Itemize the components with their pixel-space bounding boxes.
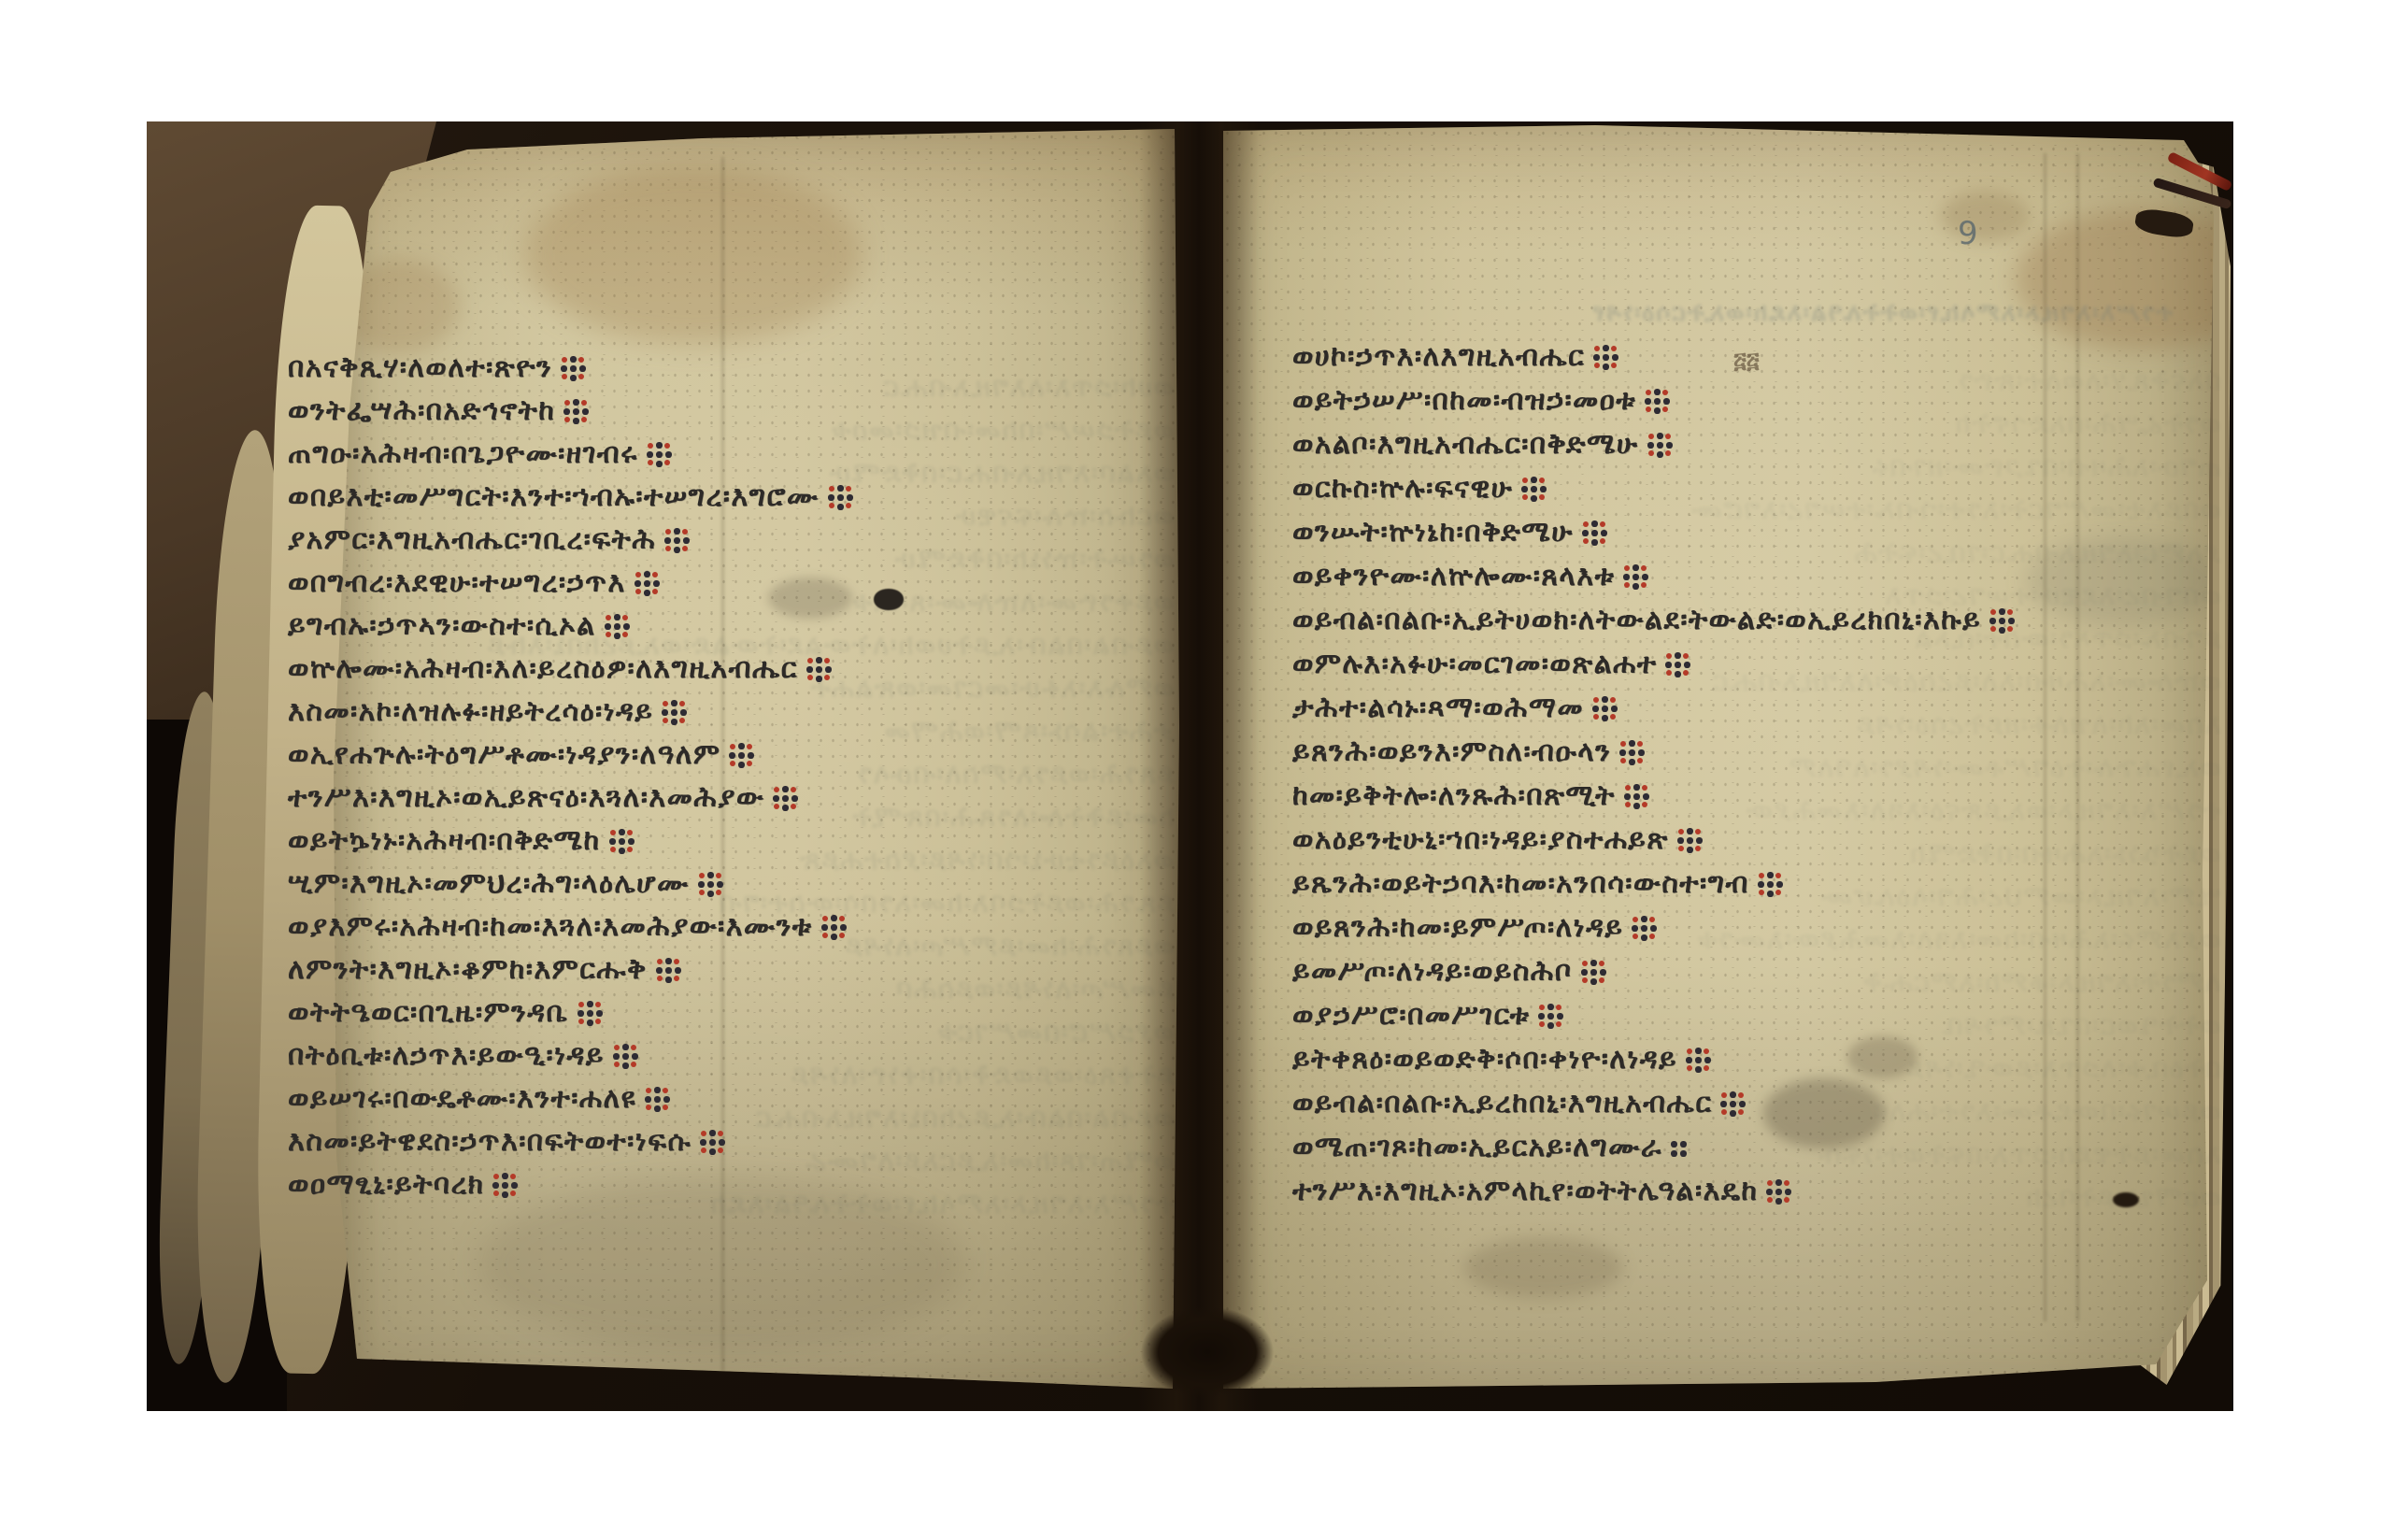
geez-text: ተንሥእ፡እግዚኦ፡ወኢይጽናዕ፡እጓለ፡እመሕያው (288, 781, 764, 814)
geez-text: ወይትኃሠሥ፡በከመ፡ብዝኃ፡መዐቱ (1292, 384, 1636, 417)
verse-separator-mark (698, 872, 723, 897)
geez-text: ወያእምሩ፡አሕዛብ፡ከመ፡እጓለ፡እመሕያው፡እሙንቱ (288, 910, 813, 943)
geez-text: ወሜጠ፡ገጾ፡ከመ፡ኢይርአይ፡ለግሙራ (1292, 1131, 1662, 1163)
verse-separator-mark (1582, 520, 1607, 546)
manuscript-line: ወንሡት፡ኵነኔከ፡በቅድሜሁ (1292, 510, 2015, 554)
verse-separator-mark (1581, 960, 1606, 985)
geez-text: ወዐማፂኒ፡ይትባረክ (288, 1168, 484, 1201)
geez-text: ተንሥእ፡እግዚኦ፡አምላኪየ፡ወትትሌዓል፡እዴከ (1292, 1175, 1758, 1207)
geez-text: ወይብል፡በልቡ፡ኢይረከበኒ፡እግዚአብሔር (1292, 1087, 1712, 1119)
verse-separator-mark (1624, 784, 1649, 809)
verse-separator-mark (656, 958, 681, 983)
manuscript-line: ይትቀጸዕ፡ወይወድቅ፡ሶበ፡ቀነዮ፡ለነዳይ (1292, 1037, 2015, 1081)
verse-separator-mark (700, 1130, 725, 1155)
manuscript-line: ወኢየሐጕሉ፡ትዕግሥቶሙ፡ነዳያን፡ለዓለም (288, 733, 853, 776)
scan-canvas: ወሀኮ፡ኃጥእ፡ለእግዚአብሔር ወይትኃሠሥ፡በከመ፡ብዝኃ፡መዐቱ ወአልቦ… (0, 0, 2381, 1540)
page-number-pencil: 9 (1958, 215, 1978, 252)
manuscript-line: ወትትዔወር፡በጊዜ፡ምንዳቤ (288, 991, 853, 1034)
verse-separator-mark (563, 399, 589, 424)
geez-text: ወይብል፡በልቡ፡ኢይትሀወክ፡ለትውልደ፡ትውልድ፡ወኢይረክበኒ፡እኩይ (1292, 604, 1981, 636)
manuscript-line: ወዐማፂኒ፡ይትባረክ (288, 1162, 853, 1205)
manuscript-line: እስመ፡አኮ፡ለዝሉፉ፡ዘይትረሳዕ፡ነዳይ (288, 690, 853, 733)
manuscript-line: ወይቀንዮሙ፡ለኵሎሙ፡ጸላእቱ (1292, 554, 2015, 598)
geez-text: ወይጸንሕ፡ከመ፡ይምሥጦ፡ለነዳይ (1292, 911, 1623, 944)
geez-text: ሢም፡እግዚኦ፡መምህረ፡ሕግ፡ላዕሌሆሙ (288, 867, 690, 900)
gutter-streak (1182, 121, 1210, 1411)
geez-text: ወኵሎሙ፡አሕዛብ፡እለ፡ይረስዕዎ፡ለእግዚአብሔር (288, 652, 798, 685)
geez-text: ይግብኡ፡ኃጥኣን፡ውስተ፡ሲኦል (288, 609, 596, 642)
manuscript-line: ጠግዑ፡አሕዛብ፡በጌጋዮሙ፡ዘገብሩ (288, 432, 853, 475)
verse-separator-mark (664, 528, 690, 553)
verse-separator-mark (773, 786, 798, 811)
manuscript-line: ተንሥእ፡እግዚኦ፡ወኢይጽናዕ፡እጓለ፡እመሕያው (288, 776, 853, 819)
manuscript-line: ወይብል፡በልቡ፡ኢይረከበኒ፡እግዚአብሔር (1292, 1081, 2015, 1125)
geez-text: ወሀኮ፡ኃጥእ፡ለእግዚአብሔር (1292, 340, 1585, 373)
verse-separator-mark (645, 1087, 670, 1112)
verse-separator-mark (828, 485, 853, 510)
geez-text: ወይቀንዮሙ፡ለኵሎሙ፡ጸላእቱ (1292, 560, 1615, 592)
manuscript-line: ወአዕይንቲሁኒ፡ኀበ፡ነዳይ፡ያስተሐይጽ (1292, 818, 2015, 862)
manuscript-line: ወርኩስ፡ኵሉ፡ፍናዊሁ (1292, 466, 2015, 510)
geez-text: ወይሠገሩ፡በውዴቶሙ፡እንተ፡ሐለዩ (288, 1082, 636, 1115)
manuscript-line: ወበይእቲ፡መሥግርት፡እንተ፡ኀብኡ፡ተሠግረ፡እግሮሙ (288, 475, 853, 518)
geez-text: ታሕተ፡ልሳኑ፡ጻማ፡ወሕማመ (1292, 692, 1584, 724)
verse-separator-mark (1720, 1091, 1746, 1117)
verse-separator-mark (1592, 696, 1618, 721)
verse-separator-mark (1766, 1179, 1791, 1205)
page-crease (2044, 153, 2046, 1321)
geez-text: ወኢየሐጕሉ፡ትዕግሥቶሙ፡ነዳያን፡ለዓለም (288, 738, 720, 771)
verse-separator-mark (577, 1001, 603, 1026)
manuscript-line: ለምንት፡እግዚኦ፡ቆምከ፡እምርሑቅ (288, 948, 853, 991)
geez-text: ወበግብረ፡እደዊሁ፡ተሠግረ፡ኃጥእ (288, 566, 626, 599)
left-page-text-column: በአናቅጺሃ፡ለወለተ፡ጽዮንወንትፌሣሕ፡በአድኅኖትከጠግዑ፡አሕዛብ፡በጌ… (288, 346, 853, 1205)
verse-separator-mark (634, 571, 660, 596)
manuscript-line: ወሜጠ፡ገጾ፡ከመ፡ኢይርአይ፡ለግሙራ (1292, 1125, 2015, 1169)
geez-text: ወትትዔወር፡በጊዜ፡ምንዳቤ (288, 996, 569, 1029)
geez-text: ወያኃሥሮ፡በመሥገርቱ (1292, 999, 1530, 1032)
geez-text: ወርኩስ፡ኵሉ፡ፍናዊሁ (1292, 472, 1513, 505)
geez-text: ከመ፡ይቅትሎ፡ለንጹሕ፡በጽሚት (1292, 779, 1616, 812)
manuscript-line: ይመሥጦ፡ለነዳይ፡ወይስሕቦ (1292, 949, 2015, 993)
stain (2016, 209, 2233, 349)
manuscript-line: ወበግብረ፡እደዊሁ፡ተሠግረ፡ኃጥእ (288, 561, 853, 604)
verse-separator-mark (492, 1173, 518, 1198)
verse-separator-mark (613, 1044, 638, 1069)
verse-separator-mark (605, 614, 630, 639)
verse-separator-mark (1538, 1004, 1563, 1029)
manuscript-line: ወኵሎሙ፡አሕዛብ፡እለ፡ይረስዕዎ፡ለእግዚአብሔር (288, 647, 853, 690)
geez-text: ይትቀጸዕ፡ወይወድቅ፡ሶበ፡ቀነዮ፡ለነዳይ (1292, 1043, 1677, 1076)
manuscript-line: ወንትፌሣሕ፡በአድኅኖትከ (288, 389, 853, 432)
geez-text: ወምሉእ፡አፉሁ፡መርገመ፡ወጽልሐተ (1292, 648, 1657, 680)
geez-text: እስመ፡አኮ፡ለዝሉፉ፡ዘይትረሳዕ፡ነዳይ (288, 695, 653, 728)
verse-separator-mark (662, 700, 687, 725)
verse-separator-mark (609, 829, 634, 854)
verse-separator-mark (1677, 828, 1703, 853)
manuscript-line: ወአልቦ፡እግዚአብሔር፡በቅድሜሁ (1292, 422, 2015, 466)
manuscript-line: ይጸንሕ፡ወይንእ፡ምስለ፡ብዑላን (1292, 730, 2015, 774)
geez-text: ይመሥጦ፡ለነዳይ፡ወይስሕቦ (1292, 955, 1573, 988)
geez-text: እስመ፡ይትዌደስ፡ኃጥእ፡በፍትወተ፡ነፍሱ (288, 1125, 691, 1158)
stain (525, 166, 862, 344)
manuscript-line: ወያእምሩ፡አሕዛብ፡ከመ፡እጓለ፡እመሕያው፡እሙንቱ (288, 905, 853, 948)
verse-separator-mark (647, 442, 672, 467)
manuscript-line: ሢም፡እግዚኦ፡መምህረ፡ሕግ፡ላዕሌሆሙ (288, 862, 853, 905)
stain (1464, 1237, 1623, 1298)
geez-text: ወአዕይንቲሁኒ፡ኀበ፡ነዳይ፡ያስተሐይጽ (1292, 823, 1669, 856)
manuscript-line: ወያኃሥሮ፡በመሥገርቱ (1292, 993, 2015, 1037)
geez-text: ጠግዑ፡አሕዛብ፡በጌጋዮሙ፡ዘገብሩ (288, 437, 638, 470)
manuscript-line: ከመ፡ይቅትሎ፡ለንጹሕ፡በጽሚት (1292, 774, 2015, 818)
verse-separator-mark (1665, 652, 1690, 677)
verse-separator-mark (821, 915, 847, 940)
geez-text: በትዕቢቱ፡ለኃጥእ፡ይውዒ፡ነዳይ (288, 1039, 605, 1072)
full-stop-mark (1668, 1136, 1689, 1159)
verse-separator-mark (806, 657, 832, 682)
manuscript-line: እስመ፡ይትዌደስ፡ኃጥእ፡በፍትወተ፡ነፍሱ (288, 1119, 853, 1162)
worm-hole (2113, 1192, 2139, 1207)
right-page-text-column: ወሀኮ፡ኃጥእ፡ለእግዚአብሔርወይትኃሠሥ፡በከመ፡ብዝኃ፡መዐቱወአልቦ፡እ… (1292, 335, 2015, 1213)
manuscript-line: በትዕቢቱ፡ለኃጥእ፡ይውዒ፡ነዳይ (288, 1034, 853, 1077)
manuscript-line: ታሕተ፡ልሳኑ፡ጻማ፡ወሕማመ (1292, 686, 2015, 730)
manuscript-line: ያአምር፡እግዚአብሔር፡ገቢረ፡ፍትሕ (288, 518, 853, 561)
geez-text: ወይትኴነኑ፡አሕዛብ፡በቅድሜከ (288, 824, 601, 857)
geez-text: ያአምር፡እግዚአብሔር፡ገቢረ፡ፍትሕ (288, 523, 656, 556)
stain (1941, 191, 2030, 242)
geez-text: ወንሡት፡ኵነኔከ፡በቅድሜሁ (1292, 516, 1574, 549)
verse-separator-mark (1686, 1048, 1711, 1073)
verse-separator-mark (1632, 916, 1657, 941)
verse-separator-mark (1758, 872, 1783, 897)
manuscript-line: ወሀኮ፡ኃጥእ፡ለእግዚአብሔር (1292, 335, 2015, 378)
stain (2025, 536, 2221, 625)
verse-separator-mark (1989, 608, 2015, 634)
verse-separator-mark (1645, 389, 1670, 414)
gutter-bottom-shadow (1119, 1291, 1296, 1411)
manuscript-line: ወምሉእ፡አፉሁ፡መርገመ፡ወጽልሐተ (1292, 642, 2015, 686)
manuscript-photo: ወሀኮ፡ኃጥእ፡ለእግዚአብሔር ወይትኃሠሥ፡በከመ፡ብዝኃ፡መዐቱ ወአልቦ… (147, 121, 2233, 1411)
manuscript-line: ወይሠገሩ፡በውዴቶሙ፡እንተ፡ሐለዩ (288, 1077, 853, 1119)
geez-text: ይጼንሕ፡ወይትኃባእ፡ከመ፡አንበሳ፡ውስተ፡ግብ (1292, 867, 1749, 900)
verse-separator-mark (729, 743, 754, 768)
verse-separator-mark (561, 356, 586, 381)
manuscript-line: ተንሥእ፡እግዚኦ፡አምላኪየ፡ወትትሌዓል፡እዴከ (1292, 1169, 2015, 1213)
geez-text: ይጸንሕ፡ወይንእ፡ምስለ፡ብዑላን (1292, 735, 1611, 768)
manuscript-line: በአናቅጺሃ፡ለወለተ፡ጽዮን (288, 346, 853, 389)
manuscript-line: ወይጸንሕ፡ከመ፡ይምሥጦ፡ለነዳይ (1292, 905, 2015, 949)
geez-text: በአናቅጺሃ፡ለወለተ፡ጽዮን (288, 351, 552, 384)
manuscript-line: ወይብል፡በልቡ፡ኢይትሀወክ፡ለትውልደ፡ትውልድ፡ወኢይረክበኒ፡እኩይ (1292, 598, 2015, 642)
verse-separator-mark (1593, 345, 1618, 370)
ink-blot (874, 589, 904, 610)
geez-text: ወንትፌሣሕ፡በአድኅኖትከ (288, 394, 555, 427)
verse-separator-mark (1647, 433, 1673, 458)
page-crease (2076, 153, 2079, 1321)
geez-text: ወአልቦ፡እግዚአብሔር፡በቅድሜሁ (1292, 428, 1639, 461)
manuscript-line: ይግብኡ፡ኃጥኣን፡ውስተ፡ሲኦል (288, 604, 853, 647)
verse-separator-mark (1623, 564, 1648, 590)
manuscript-line: ወይትኴነኑ፡አሕዛብ፡በቅድሜከ (288, 819, 853, 862)
geez-text: ለምንት፡እግዚኦ፡ቆምከ፡እምርሑቅ (288, 953, 648, 986)
geez-text: ወበይእቲ፡መሥግርት፡እንተ፡ኀብኡ፡ተሠግረ፡እግሮሙ (288, 480, 820, 513)
manuscript-line: ይጼንሕ፡ወይትኃባእ፡ከመ፡አንበሳ፡ውስተ፡ግብ (1292, 862, 2015, 905)
verse-separator-mark (1521, 477, 1547, 502)
manuscript-line: ወይትኃሠሥ፡በከመ፡ብዝኃ፡መዐቱ (1292, 378, 2015, 422)
verse-separator-mark (1619, 740, 1645, 765)
